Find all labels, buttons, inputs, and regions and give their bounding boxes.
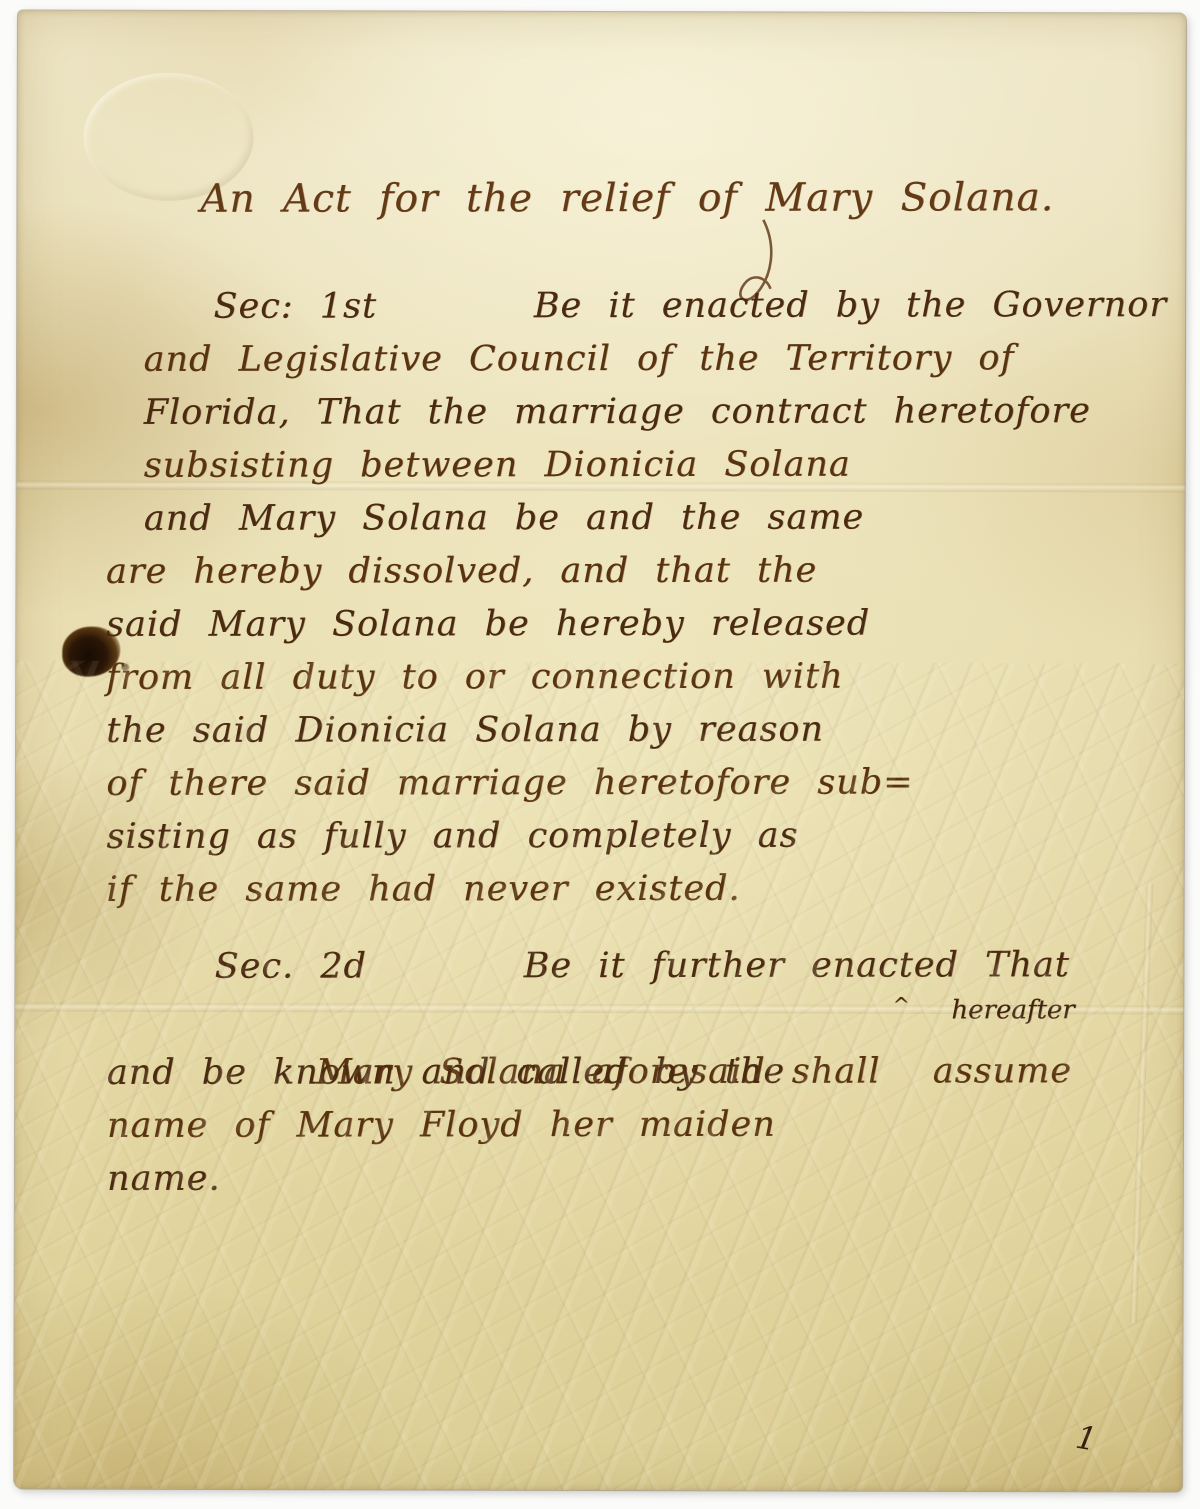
manuscript-line: said Mary Solana be hereby released: [106, 597, 1158, 652]
manuscript-page: An Act for the relief of Mary Solana. Se…: [14, 10, 1186, 1491]
manuscript-line: from all duty to or connection with: [106, 650, 1158, 705]
manuscript-line: are hereby dissolved, and that the: [106, 544, 1158, 599]
document-title: An Act for the relief of Mary Solana.: [200, 169, 1157, 229]
manuscript-text: An Act for the relief of Mary Solana. Se…: [85, 169, 1159, 1206]
manuscript-line-with-insertion: Mary Solana aforesaid shall assume herea…: [107, 992, 1159, 1047]
manuscript-line: and be known and called by the: [107, 1045, 1159, 1100]
section-2: Sec. 2d Be it further enacted That Mary …: [87, 939, 1159, 1206]
manuscript-line: name of Mary Floyd her maiden: [107, 1098, 1159, 1153]
manuscript-line: sisting as fully and completely as: [106, 809, 1158, 864]
inserted-word: hereafter: [951, 995, 1074, 1025]
manuscript-line: if the same had never existed.: [106, 862, 1158, 917]
page-number: 1: [1073, 1418, 1100, 1459]
manuscript-line: Sec: 1st Be it enacted by the Governor: [213, 279, 1157, 334]
insertion-caret: ^: [893, 990, 910, 1020]
manuscript-line: Florida, That the marriage contract here…: [144, 385, 1158, 440]
manuscript-line: name.: [107, 1151, 1159, 1206]
manuscript-line: and Legislative Council of the Territory…: [144, 332, 1158, 387]
manuscript-line: the said Dionicia Solana by reason: [106, 703, 1158, 758]
manuscript-line: and Mary Solana be and the same: [144, 491, 1158, 546]
insertion-hereafter: hereafter ^: [849, 965, 1075, 995]
manuscript-line: subsisting between Dionicia Solana: [144, 438, 1158, 493]
manuscript-line: of there said marriage heretofore sub=: [106, 756, 1158, 811]
